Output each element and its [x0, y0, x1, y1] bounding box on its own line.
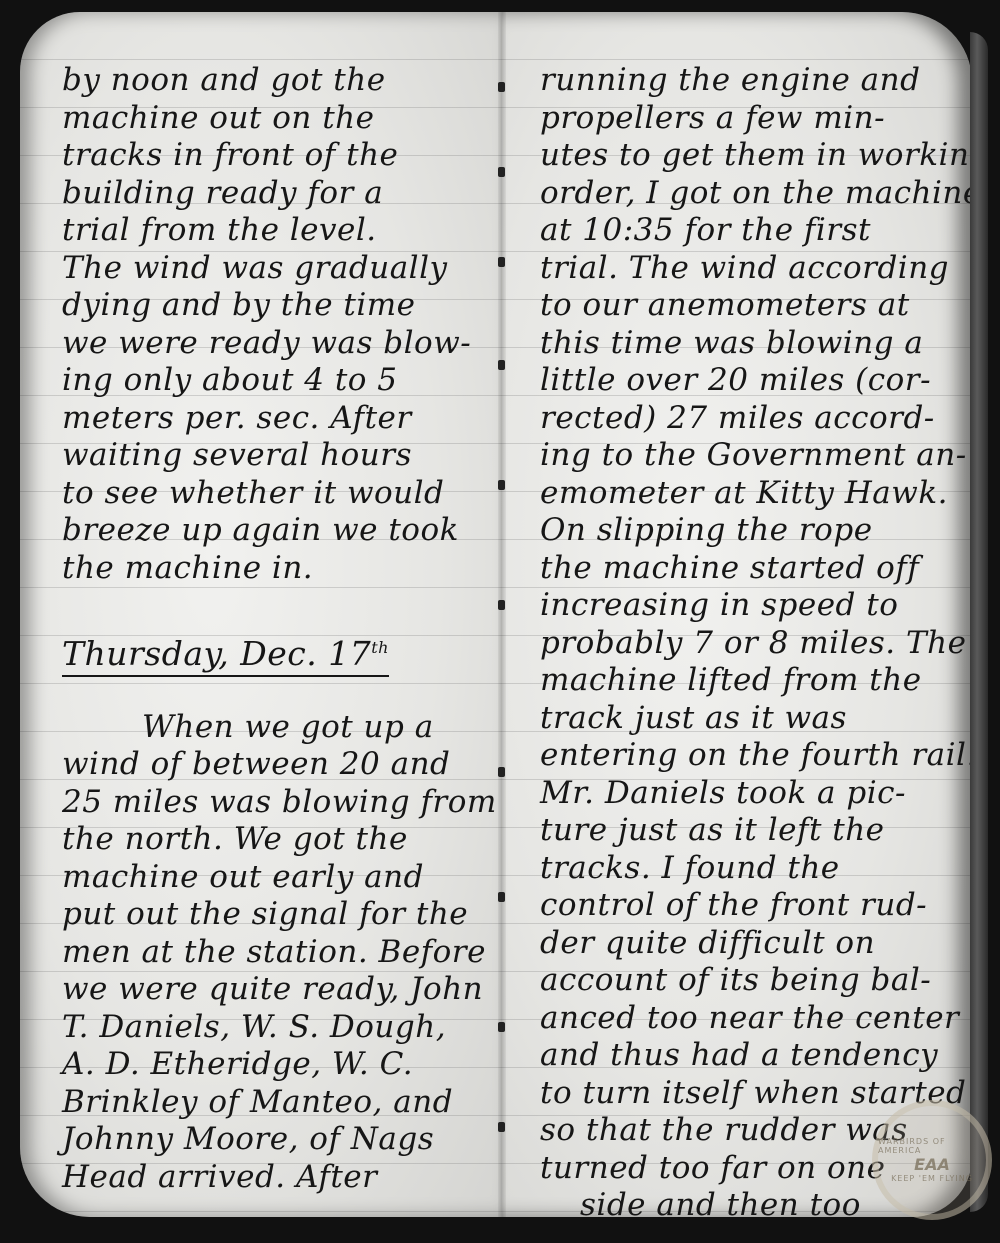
- handwritten-line: propellers a few min-: [540, 100, 972, 138]
- handwritten-line: account of its being bal-: [540, 962, 972, 1000]
- handwritten-line: by noon and got the: [62, 62, 497, 100]
- handwritten-line: the machine in.: [62, 550, 497, 588]
- handwritten-line: A. D. Etheridge, W. C.: [62, 1046, 497, 1084]
- handwritten-line: track just as it was: [540, 700, 972, 738]
- handwritten-line: Johnny Moore, of Nags: [62, 1121, 497, 1159]
- handwritten-line: dying and by the time: [62, 287, 497, 325]
- watermark-ring-bottom: KEEP 'EM FLYING: [891, 1174, 973, 1183]
- handwritten-line: to see whether it would: [62, 475, 497, 513]
- handwritten-line: der quite difficult on: [540, 925, 972, 963]
- eaa-seal-watermark: WARBIRDS OF AMERICA EAA KEEP 'EM FLYING: [872, 1100, 992, 1220]
- handwritten-line: the machine started off: [540, 550, 972, 588]
- handwritten-line: machine lifted from the: [540, 662, 972, 700]
- diary-date-heading: Thursday, Dec. 17th: [62, 629, 497, 667]
- handwritten-line: and thus had a tendency: [540, 1037, 972, 1075]
- handwritten-line: On slipping the rope: [540, 512, 972, 550]
- handwritten-line: control of the front rud-: [540, 887, 972, 925]
- handwritten-line: ing only about 4 to 5: [62, 362, 497, 400]
- stitch-hole: [498, 600, 505, 610]
- handwritten-line: Brinkley of Manteo, and: [62, 1084, 497, 1122]
- handwritten-line: rected) 27 miles accord-: [540, 400, 972, 438]
- handwritten-line: at 10:35 for the first: [540, 212, 972, 250]
- handwritten-line: Mr. Daniels took a pic-: [540, 775, 972, 813]
- handwritten-line: little over 20 miles (cor-: [540, 362, 972, 400]
- handwritten-line: When we got up a: [62, 709, 497, 747]
- handwritten-line: trial. The wind according: [540, 250, 972, 288]
- right-page-text: running the engine and propellers a few …: [540, 62, 972, 1217]
- handwritten-line: this time was blowing a: [540, 325, 972, 363]
- handwritten-line: we were ready was blow-: [62, 325, 497, 363]
- handwritten-line: running the engine and: [540, 62, 972, 100]
- handwritten-line: breeze up again we took: [62, 512, 497, 550]
- handwritten-line: waiting several hours: [62, 437, 497, 475]
- scanned-image: by noon and got the machine out on the t…: [0, 0, 1000, 1243]
- stitch-hole: [498, 167, 505, 177]
- handwritten-line: to our anemometers at: [540, 287, 972, 325]
- left-page: by noon and got the machine out on the t…: [20, 12, 502, 1217]
- blank-line: [62, 587, 497, 629]
- stitch-hole: [498, 257, 505, 267]
- handwritten-line: meters per. sec. After: [62, 400, 497, 438]
- notebook-spread: by noon and got the machine out on the t…: [20, 12, 988, 1227]
- heading-suffix: th: [371, 638, 389, 657]
- handwritten-line: The wind was gradually: [62, 250, 497, 288]
- binding-fold: [498, 12, 506, 1217]
- handwritten-line: entering on the fourth rail.: [540, 737, 972, 775]
- handwritten-line: anced too near the center: [540, 1000, 972, 1038]
- handwritten-line: building ready for a: [62, 175, 497, 213]
- stitch-hole: [498, 82, 505, 92]
- handwritten-line: tracks. I found the: [540, 850, 972, 888]
- handwritten-line: increasing in speed to: [540, 587, 972, 625]
- handwritten-line: Head arrived. After: [62, 1159, 497, 1197]
- left-page-text: by noon and got the machine out on the t…: [62, 62, 497, 1196]
- stitch-hole: [498, 480, 505, 490]
- stitch-hole: [498, 360, 505, 370]
- handwritten-line: wind of between 20 and: [62, 746, 497, 784]
- handwritten-line: ing to the Government an-: [540, 437, 972, 475]
- stitch-hole: [498, 1022, 505, 1032]
- handwritten-line: trial from the level.: [62, 212, 497, 250]
- handwritten-line: order, I got on the machine: [540, 175, 972, 213]
- heading-text: Thursday, Dec. 17: [62, 634, 371, 673]
- eaa-logo-icon: EAA: [914, 1155, 950, 1174]
- handwritten-line: utes to get them in working: [540, 137, 972, 175]
- handwritten-line: emometer at Kitty Hawk.: [540, 475, 972, 513]
- right-page: running the engine and propellers a few …: [502, 12, 972, 1217]
- handwritten-line: ture just as it left the: [540, 812, 972, 850]
- stitch-hole: [498, 892, 505, 902]
- handwritten-line: T. Daniels, W. S. Dough,: [62, 1009, 497, 1047]
- heading-underlined: Thursday, Dec. 17th: [62, 629, 389, 677]
- handwritten-line: tracks in front of the: [62, 137, 497, 175]
- handwritten-line: put out the signal for the: [62, 896, 497, 934]
- page-stack-edge: [970, 32, 988, 1212]
- handwritten-line: we were quite ready, John: [62, 971, 497, 1009]
- handwritten-line: the north. We got the: [62, 821, 497, 859]
- watermark-ring-top: WARBIRDS OF AMERICA: [878, 1137, 986, 1155]
- stitch-hole: [498, 767, 505, 777]
- handwritten-line: 25 miles was blowing from: [62, 784, 497, 822]
- stitch-hole: [498, 1122, 505, 1132]
- handwritten-line: men at the station. Before: [62, 934, 497, 972]
- handwritten-line: machine out on the: [62, 100, 497, 138]
- handwritten-line: machine out early and: [62, 859, 497, 897]
- handwritten-line: probably 7 or 8 miles. The: [540, 625, 972, 663]
